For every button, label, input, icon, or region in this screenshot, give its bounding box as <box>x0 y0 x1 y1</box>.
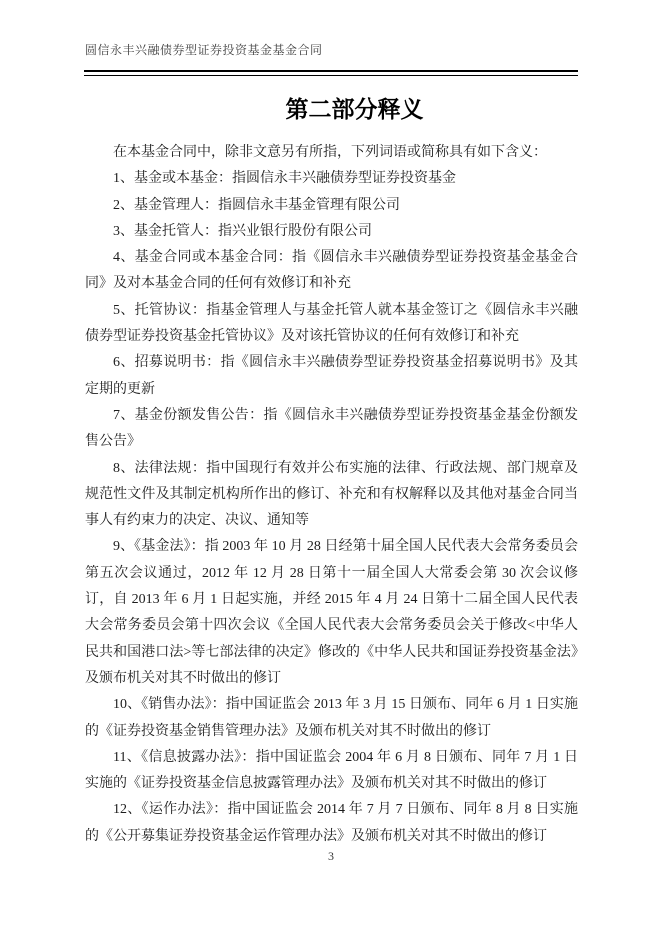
definition-item-3: 3、基金托管人：指兴业银行股份有限公司 <box>85 219 578 245</box>
definition-item-8: 8、法律法规：指中国现行有效并公布实施的法律、行政法规、部门规章及规范性文件及其… <box>85 456 578 535</box>
page-number: 3 <box>0 849 662 864</box>
document-header-title: 圆信永丰兴融债券型证券投资基金基金合同 <box>85 41 578 58</box>
document-page: 圆信永丰兴融债券型证券投资基金基金合同 第二部分释义 在本基金合同中，除非文意另… <box>0 0 662 936</box>
definition-item-12: 12、《运作办法》：指中国证监会 2014 年 7 月 7 日颁布、同年 8 月… <box>85 797 578 850</box>
document-body: 在本基金合同中，除非文意另有所指，下列词语或简称具有如下含义： 1、基金或本基金… <box>85 140 578 850</box>
section-title: 第二部分释义 <box>85 96 578 124</box>
definition-item-1: 1、基金或本基金：指圆信永丰兴融债券型证券投资基金 <box>85 166 578 192</box>
header-divider-rule <box>84 70 578 76</box>
definition-item-7: 7、基金份额发售公告：指《圆信永丰兴融债券型证券投资基金基金份额发售公告》 <box>85 403 578 456</box>
intro-paragraph: 在本基金合同中，除非文意另有所指，下列词语或简称具有如下含义： <box>85 140 578 166</box>
definition-item-6: 6、招募说明书：指《圆信永丰兴融债券型证券投资基金招募说明书》及其定期的更新 <box>85 350 578 403</box>
definition-item-10: 10、《销售办法》：指中国证监会 2013 年 3 月 15 日颁布、同年 6 … <box>85 692 578 745</box>
definition-item-5: 5、托管协议：指基金管理人与基金托管人就本基金签订之《圆信永丰兴融债券型证券投资… <box>85 298 578 351</box>
definition-item-4: 4、基金合同或本基金合同：指《圆信永丰兴融债券型证券投资基金基金合同》及对本基金… <box>85 245 578 298</box>
definition-item-9: 9、《基金法》：指 2003 年 10 月 28 日经第十届全国人民代表大会常务… <box>85 534 578 692</box>
definition-item-2: 2、基金管理人：指圆信永丰基金管理有限公司 <box>85 193 578 219</box>
definition-item-11: 11、《信息披露办法》：指中国证监会 2004 年 6 月 8 日颁布、同年 7… <box>85 745 578 798</box>
